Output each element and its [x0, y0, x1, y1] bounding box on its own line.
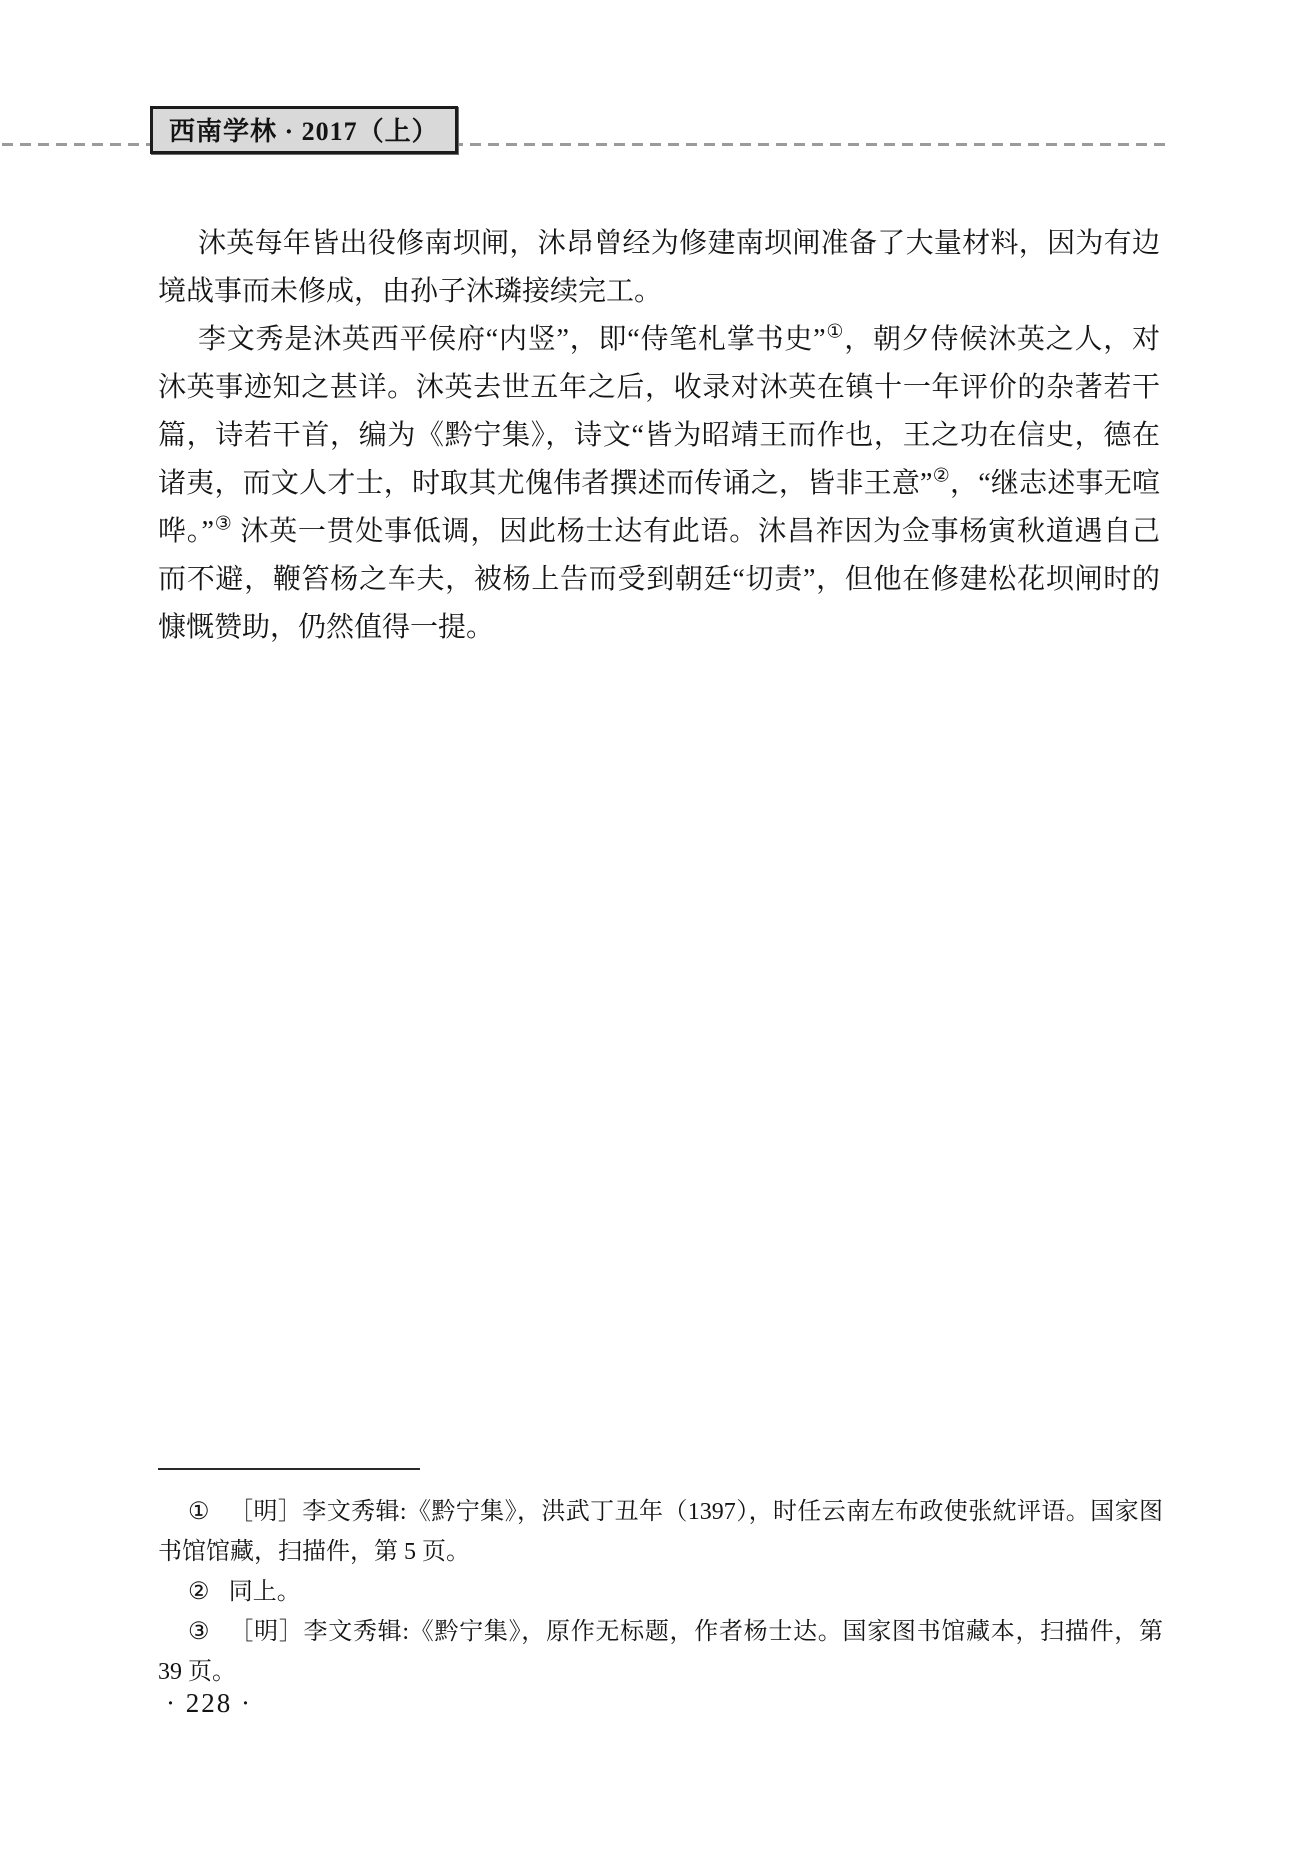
paragraph-2: 李文秀是沐英西平侯府“内竖”，即“侍笔札掌书史”①，朝夕侍候沐英之人，对沐英事迹…	[158, 316, 1160, 652]
footnote-1-marker: ①	[188, 1499, 210, 1525]
paragraph-2-segment-1: 李文秀是沐英西平侯府“内竖”，即“侍笔札掌书史”	[198, 324, 826, 355]
footnote-2-marker: ②	[188, 1579, 210, 1605]
page-number: · 228 ·	[166, 1688, 252, 1719]
footnote-3: ③［明］李文秀辑:《黔宁集》，原作无标题，作者杨士达。国家图书馆藏本，扫描件，第…	[158, 1612, 1163, 1692]
footnotes-block: ①［明］李文秀辑:《黔宁集》，洪武丁丑年（1397），时任云南左布政使张紞评语。…	[158, 1492, 1163, 1692]
journal-header-box: 西南学林 · 2017（上）	[150, 106, 458, 154]
footnote-separator-line	[158, 1468, 420, 1470]
footnote-ref-2: ②	[932, 466, 950, 487]
footnote-1: ①［明］李文秀辑:《黔宁集》，洪武丁丑年（1397），时任云南左布政使张紞评语。…	[158, 1492, 1163, 1572]
footnote-ref-3: ③	[214, 514, 233, 535]
footnote-2-text: 同上。	[229, 1579, 301, 1605]
paragraph-2-segment-4: 沐英一贯处事低调，因此杨士达有此语。沐昌祚因为佥事杨寅秋道遇自己而不避，鞭笞杨之…	[158, 516, 1160, 643]
footnote-3-text: ［明］李文秀辑:《黔宁集》，原作无标题，作者杨士达。国家图书馆藏本，扫描件，第 …	[158, 1619, 1163, 1685]
paragraph-1: 沐英每年皆出役修南坝闸，沐昂曾经为修建南坝闸准备了大量材料，因为有边境战事而未修…	[158, 220, 1160, 316]
document-page: 西南学林 · 2017（上） 沐英每年皆出役修南坝闸，沐昂曾经为修建南坝闸准备了…	[0, 0, 1307, 1859]
footnote-3-marker: ③	[188, 1619, 210, 1645]
footnote-ref-1: ①	[826, 322, 845, 343]
footnote-1-text: ［明］李文秀辑:《黔宁集》，洪武丁丑年（1397），时任云南左布政使张紞评语。国…	[158, 1499, 1163, 1565]
footnote-2: ②同上。	[158, 1572, 1163, 1612]
journal-title: 西南学林 · 2017（上）	[169, 117, 439, 146]
body-text: 沐英每年皆出役修南坝闸，沐昂曾经为修建南坝闸准备了大量材料，因为有边境战事而未修…	[158, 220, 1160, 652]
